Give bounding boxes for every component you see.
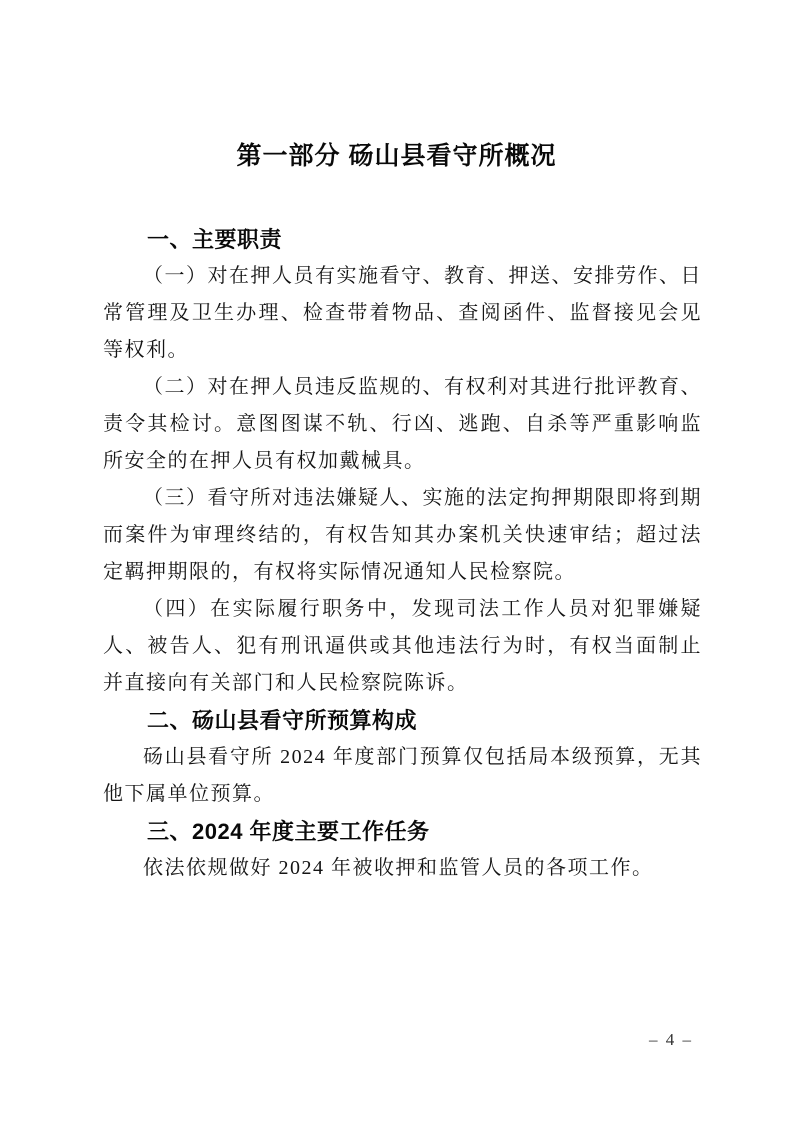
document-title: 第一部分 砀山县看守所概况 [0,140,793,172]
document-page: 第一部分 砀山县看守所概况 一、主要职责 （一）对在押人员有实施看守、教育、押送… [0,0,793,1122]
section-work-tasks: 三、2024 年度主要工作任务 依法依规做好 2024 年被收押和监管人员的各项… [103,813,702,887]
document-body: 一、主要职责 （一）对在押人员有实施看守、教育、押送、安排劳作、日常管理及卫生办… [103,221,702,887]
section-1-paragraph-3: （三）看守所对违法嫌疑人、实施的法定拘押期限即将到期而案件为审理终结的，有权告知… [103,480,702,591]
section-1-paragraph-4: （四）在实际履行职务中，发现司法工作人员对犯罪嫌疑人、被告人、犯有刑讯逼供或其他… [103,591,702,702]
section-3-paragraph-1: 依法依规做好 2024 年被收押和监管人员的各项工作。 [103,850,702,887]
section-1-paragraph-1: （一）对在押人员有实施看守、教育、押送、安排劳作、日常管理及卫生办理、检查带着物… [103,258,702,369]
section-1-heading: 一、主要职责 [103,221,702,258]
section-3-heading: 三、2024 年度主要工作任务 [103,813,702,850]
section-2-paragraph-1: 砀山县看守所 2024 年度部门预算仅包括局本级预算，无其他下属单位预算。 [103,739,702,813]
section-main-duties: 一、主要职责 （一）对在押人员有实施看守、教育、押送、安排劳作、日常管理及卫生办… [103,221,702,702]
section-2-heading: 二、砀山县看守所预算构成 [103,702,702,739]
section-1-paragraph-2: （二）对在押人员违反监规的、有权利对其进行批评教育、责令其检讨。意图图谋不轨、行… [103,369,702,480]
page-number: – 4 – [649,1030,693,1050]
section-budget-composition: 二、砀山县看守所预算构成 砀山县看守所 2024 年度部门预算仅包括局本级预算，… [103,702,702,813]
